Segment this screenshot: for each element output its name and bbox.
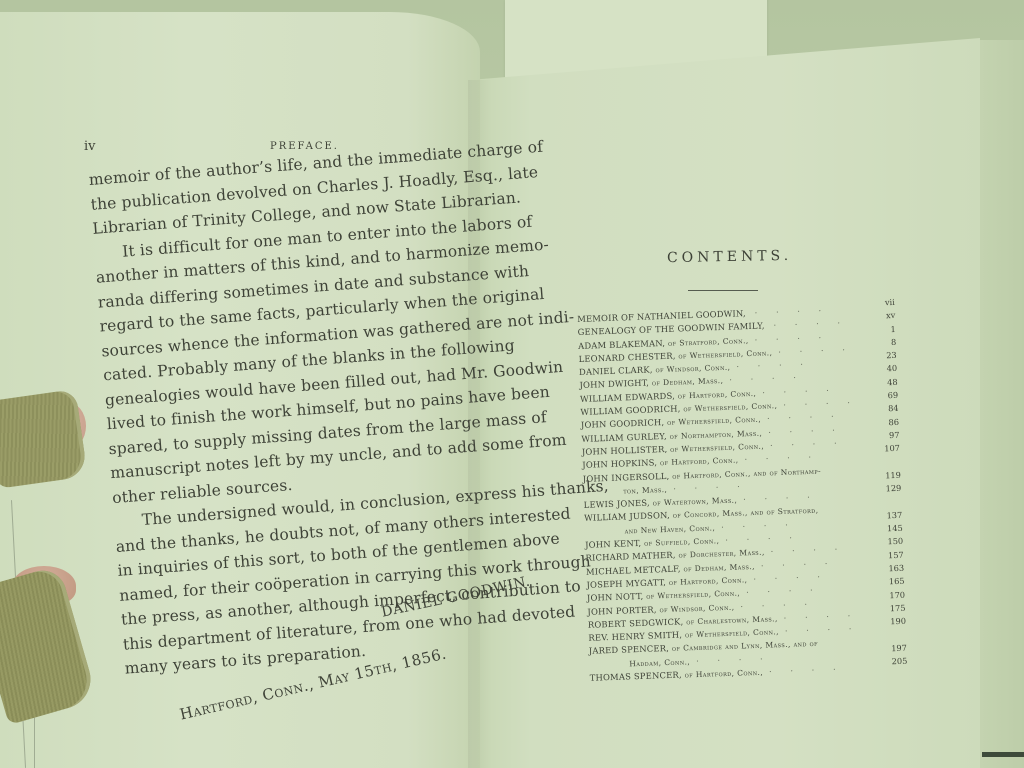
leader-dots: · · · ·: [730, 359, 811, 372]
toc-entry-place: of Wethersfield, Conn.,: [670, 442, 764, 454]
toc-entry-place: of Wethersfield, Conn.,: [667, 415, 761, 427]
leader-dots: · · · ·: [767, 318, 848, 331]
leader-dots: · · · ·: [755, 558, 836, 571]
toc-entry-page: 165: [889, 575, 905, 589]
toc-entry-page: 197: [891, 641, 907, 655]
toc-entry-place: of Wethersfield, Conn.,: [646, 589, 740, 601]
dark-edge-strip: [982, 752, 1024, 757]
toc-entry-name: RICHARD MATHER,: [585, 550, 678, 563]
toc-entry-place: of Dedham, Mass.,: [652, 376, 724, 387]
toc-entry-place: of Hartford, Conn.,: [660, 456, 739, 468]
leader-dots: · · · ·: [777, 610, 858, 623]
toc-entry-name: ADAM BLAKEMAN,: [578, 337, 668, 350]
heading-rule: [688, 290, 758, 291]
leader-dots: · · · ·: [761, 411, 842, 424]
leader-dots: · · · ·: [764, 544, 845, 557]
toc-entry-page: 97: [889, 429, 900, 442]
toc-entry-place: and New Haven, Conn.,: [624, 523, 715, 535]
toc-entry-name: THOMAS SPENCER,: [590, 669, 685, 682]
toc-entry-place: of Hartford, Conn.,: [669, 575, 748, 587]
leader-dots: · · · ·: [764, 438, 845, 451]
leader-dots: · · · ·: [715, 519, 796, 532]
toc-entry-page: 170: [889, 588, 905, 602]
toc-entry-page: vii: [885, 296, 895, 309]
toc-entry-page: 205: [891, 655, 907, 669]
leader-dots: · · · ·: [748, 305, 829, 318]
leader-dots: · · · ·: [723, 373, 804, 386]
toc-entry-place: of Dorchester, Mass.,: [678, 548, 764, 560]
leader-dots: · · · ·: [690, 653, 771, 666]
toc-entry-page: 150: [887, 535, 903, 549]
toc-entry-page: 145: [887, 522, 903, 536]
toc-entry-page: 163: [888, 562, 904, 576]
toc-entry-name: DANIEL CLARK,: [579, 364, 656, 377]
toc-entry-place: of Hartford, Conn.,: [684, 668, 763, 680]
leader-dots: · · · ·: [740, 585, 821, 598]
toc-entry-name: MICHAEL METCALF,: [586, 563, 684, 576]
toc-entry-name: JOHN HOLLISTER,: [582, 444, 671, 457]
toc-entry-name: JOHN GOODRICH,: [581, 417, 668, 430]
toc-entry-place: of Wethersfield, Conn.,: [685, 627, 779, 639]
leader-dots: · · · ·: [667, 481, 748, 494]
toc-entry-name: LEWIS JONES,: [584, 498, 653, 510]
toc-entry-name: JOHN NOTT,: [587, 591, 647, 603]
contents-heading: CONTENTS.: [667, 248, 792, 266]
toc-entry-page: 137: [886, 509, 902, 523]
leader-dots: · · · ·: [734, 598, 815, 611]
toc-entry-name: Rev. HENRY SMITH,: [588, 630, 685, 643]
toc-entry-name: JOHN INGERSOLL,: [583, 470, 673, 483]
toc-entry-page: 40: [887, 362, 898, 375]
toc-entry-name: ROBERT SEDGWICK,: [588, 616, 687, 629]
toc-entry-place: of Northampton, Mass.,: [670, 428, 763, 440]
toc-entry-name: JOHN HOPKINS,: [582, 457, 660, 470]
leader-dots: · · · ·: [762, 424, 843, 437]
leader-dots: · · · ·: [763, 664, 844, 677]
toc-entry-place: of Wethersfield, Conn.,: [683, 401, 777, 413]
toc-entry-page: 86: [888, 416, 899, 429]
toc-entry-page: xv: [886, 309, 896, 322]
toc-entry-place: ton, Mass.,: [623, 485, 667, 496]
toc-entry-place: of Watertown, Mass.,: [653, 496, 738, 508]
toc-entry-page: 84: [888, 402, 899, 415]
toc-entry-place: of Hartford, Conn.,: [678, 389, 757, 401]
toc-entry-page: 1: [890, 322, 896, 335]
toc-entry-place: of Suffield, Conn.,: [644, 536, 719, 548]
toc-entry-name: WILLIAM GURLEY,: [581, 431, 670, 444]
glove-finger: [0, 389, 88, 489]
toc-entry-place: of Dedham, Mass.,: [683, 562, 755, 573]
leader-dots: · · · ·: [777, 397, 858, 410]
toc-entry-page: 157: [888, 548, 904, 562]
toc-entry-page: 119: [885, 469, 901, 483]
toc-entry-name: JOSEPH MYGATT,: [586, 577, 669, 590]
toc-entry-name: JOHN KENT,: [585, 538, 644, 550]
toc-entry-page: 8: [891, 336, 897, 349]
toc-entry-page: 107: [884, 442, 900, 456]
toc-entry-place: of Stratford, Conn.,: [668, 336, 749, 348]
toc-entry-name: JOHN DWIGHT,: [579, 378, 652, 391]
leader-dots: · · · ·: [738, 452, 819, 465]
toc-entry-name: WILLIAM JUDSON,: [584, 510, 673, 523]
toc-entry-page: 23: [886, 349, 897, 362]
toc-entry-page: 69: [887, 389, 898, 402]
toc-entry-page: 48: [887, 376, 898, 389]
page-number: iv: [84, 139, 96, 154]
toc-entry-place: of Wethersfield, Conn.,: [678, 348, 772, 360]
toc-entry-place: of Windsor, Conn.,: [655, 363, 730, 375]
leader-dots: · · · ·: [737, 492, 818, 505]
toc-entry-name: LEONARD CHESTER,: [578, 350, 678, 363]
toc-entry-page: 190: [890, 615, 906, 629]
toc-entry-name: JARED SPENCER,: [589, 643, 672, 656]
table-of-contents: MEMOIR OF NATHANIEL GOODWIN, · · · ·viiG…: [577, 302, 908, 685]
leader-dots: · · · ·: [747, 571, 828, 584]
toc-entry-page: 129: [885, 482, 901, 496]
leader-dots: · · · ·: [748, 332, 829, 345]
toc-entry-name: JOHN PORTER,: [587, 604, 659, 617]
leader-dots: · · · ·: [779, 623, 860, 636]
toc-entry-place: Haddam, Conn.,: [629, 657, 690, 668]
leader-dots: · · · ·: [772, 344, 853, 357]
toc-entry-name: WILLIAM GOODRICH,: [580, 403, 683, 417]
toc-entry-place: of Charlestown, Mass.,: [686, 614, 778, 626]
toc-entry-place: of Windsor, Conn.,: [659, 602, 734, 614]
toc-entry-name: WILLIAM EDWARDS,: [580, 390, 678, 403]
leader-dots: · · · ·: [719, 532, 800, 545]
leader-dots: · · · ·: [756, 385, 837, 398]
toc-entry-page: 175: [890, 602, 906, 616]
